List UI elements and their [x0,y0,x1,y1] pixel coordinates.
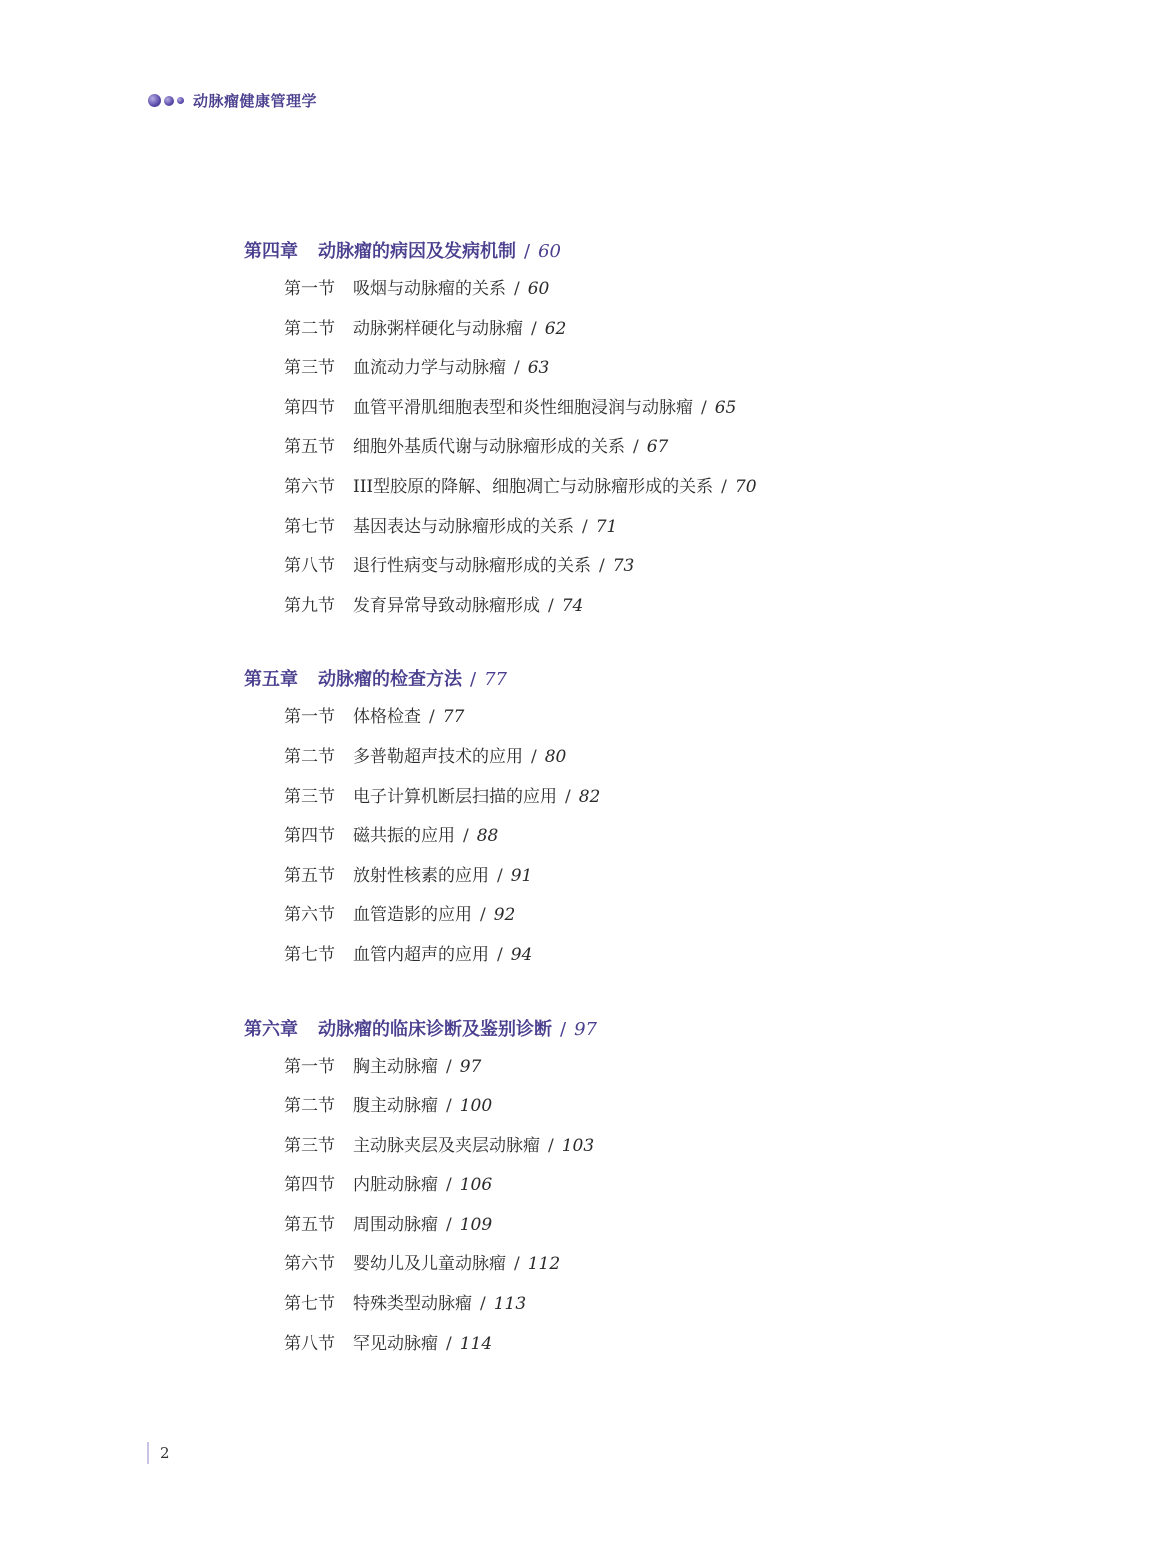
toc-entry[interactable]: 第五节细胞外基质代谢与动脉瘤形成的关系/67 [244,428,1064,468]
section-page: 109 [460,1215,492,1235]
separator: / [721,477,727,497]
separator: / [531,319,537,339]
chapter-heading[interactable]: 第四章动脉瘤的病因及发病机制/60 [244,234,1064,270]
chapter-page: 97 [574,1019,597,1040]
section-title: 电子计算机断层扫描的应用 [353,787,557,807]
separator: / [514,1254,520,1274]
separator: / [429,707,435,727]
toc-entry[interactable]: 第九节发育异常导致动脉瘤形成/74 [244,587,1064,627]
section-number: 第五节 [284,437,335,457]
separator: / [633,437,639,457]
separator: / [463,826,469,846]
section-title: 内脏动脉瘤 [353,1175,438,1195]
section-number: 第七节 [284,945,335,965]
separator: / [514,279,520,299]
toc-entry[interactable]: 第一节胸主动脉瘤/97 [244,1048,1064,1088]
section-page: 73 [613,556,635,576]
section-number: 第三节 [284,358,335,378]
separator: / [514,358,520,378]
toc-entry[interactable]: 第三节血流动力学与动脉瘤/63 [244,349,1064,389]
section-page: 62 [545,319,567,339]
section-number: 第三节 [284,787,335,807]
separator: / [446,1215,452,1235]
section-page: 63 [528,358,550,378]
section-title: 细胞外基质代谢与动脉瘤形成的关系 [353,437,625,457]
toc-entry[interactable]: 第七节特殊类型动脉瘤/113 [244,1285,1064,1325]
section-page: 106 [460,1175,492,1195]
section-page: 60 [528,279,550,299]
toc-entry[interactable]: 第七节血管内超声的应用/94 [244,936,1064,976]
table-of-contents: 第四章动脉瘤的病因及发病机制/60 第一节吸烟与动脉瘤的关系/60 第二节动脉粥… [244,234,1064,1400]
chapter-page: 60 [538,241,561,262]
section-number: 第三节 [284,1136,335,1156]
section-page: 103 [562,1136,594,1156]
chapter-number: 第四章 [244,241,298,262]
toc-entry[interactable]: 第六节III型胶原的降解、细胞凋亡与动脉瘤形成的关系/70 [244,468,1064,508]
chapter-number: 第五章 [244,669,298,690]
section-page: 94 [511,945,533,965]
chapter-5: 第五章动脉瘤的检查方法/77 第一节体格检查/77 第二节多普勒超声技术的应用/… [244,662,1064,975]
toc-entry[interactable]: 第八节罕见动脉瘤/114 [244,1325,1064,1365]
section-title: 动脉粥样硬化与动脉瘤 [353,319,523,339]
section-title: 特殊类型动脉瘤 [353,1294,472,1314]
toc-entry[interactable]: 第四节内脏动脉瘤/106 [244,1166,1064,1206]
dot-large-icon [148,94,161,107]
chapter-number: 第六章 [244,1019,298,1040]
dot-small-icon [177,97,184,104]
section-title: 血管平滑肌细胞表型和炎性细胞浸润与动脉瘤 [353,398,693,418]
section-number: 第二节 [284,747,335,767]
section-page: 65 [715,398,737,418]
section-title: III型胶原的降解、细胞凋亡与动脉瘤形成的关系 [353,477,713,497]
separator: / [582,517,588,537]
separator: / [548,1136,554,1156]
section-page: 82 [579,787,601,807]
section-title: 血流动力学与动脉瘤 [353,358,506,378]
chapter-title: 动脉瘤的检查方法 [318,669,462,690]
chapter-heading[interactable]: 第五章动脉瘤的检查方法/77 [244,662,1064,698]
section-number: 第五节 [284,866,335,886]
section-title: 放射性核素的应用 [353,866,489,886]
section-number: 第八节 [284,1334,335,1354]
section-title: 血管造影的应用 [353,905,472,925]
section-page: 71 [596,517,618,537]
section-page: 74 [562,596,584,616]
section-number: 第二节 [284,319,335,339]
toc-entry[interactable]: 第四节磁共振的应用/88 [244,817,1064,857]
separator: / [470,669,476,690]
section-page: 88 [477,826,499,846]
three-dots-icon [148,94,187,107]
section-title: 退行性病变与动脉瘤形成的关系 [353,556,591,576]
chapter-4: 第四章动脉瘤的病因及发病机制/60 第一节吸烟与动脉瘤的关系/60 第二节动脉粥… [244,234,1064,626]
separator: / [565,787,571,807]
section-title: 血管内超声的应用 [353,945,489,965]
section-number: 第六节 [284,905,335,925]
separator: / [531,747,537,767]
section-number: 第一节 [284,707,335,727]
toc-entry[interactable]: 第六节血管造影的应用/92 [244,896,1064,936]
toc-entry[interactable]: 第五节放射性核素的应用/91 [244,857,1064,897]
separator: / [480,1294,486,1314]
toc-entry[interactable]: 第二节动脉粥样硬化与动脉瘤/62 [244,310,1064,350]
section-title: 体格检查 [353,707,421,727]
section-page: 114 [460,1334,492,1354]
separator: / [599,556,605,576]
section-title: 发育异常导致动脉瘤形成 [353,596,540,616]
section-title: 基因表达与动脉瘤形成的关系 [353,517,574,537]
section-page: 112 [528,1254,560,1274]
section-number: 第四节 [284,398,335,418]
chapter-page: 77 [484,669,507,690]
section-page: 67 [647,437,669,457]
section-title: 婴幼儿及儿童动脉瘤 [353,1254,506,1274]
separator: / [446,1334,452,1354]
separator: / [480,905,486,925]
separator: / [446,1175,452,1195]
toc-entry[interactable]: 第八节退行性病变与动脉瘤形成的关系/73 [244,547,1064,587]
section-page: 97 [460,1057,482,1077]
section-title: 周围动脉瘤 [353,1215,438,1235]
section-page: 70 [735,477,757,497]
section-title: 胸主动脉瘤 [353,1057,438,1077]
separator: / [524,241,530,262]
book-title: 动脉瘤健康管理学 [193,90,317,111]
chapter-heading[interactable]: 第六章动脉瘤的临床诊断及鉴别诊断/97 [244,1012,1064,1048]
separator: / [446,1057,452,1077]
section-number: 第七节 [284,1294,335,1314]
section-title: 腹主动脉瘤 [353,1096,438,1116]
section-page: 92 [494,905,516,925]
section-number: 第一节 [284,279,335,299]
section-title: 磁共振的应用 [353,826,455,846]
toc-entry[interactable]: 第三节主动脉夹层及夹层动脉瘤/103 [244,1127,1064,1167]
section-title: 多普勒超声技术的应用 [353,747,523,767]
separator: / [497,866,503,886]
section-page: 77 [443,707,465,727]
section-title: 主动脉夹层及夹层动脉瘤 [353,1136,540,1156]
chapter-6: 第六章动脉瘤的临床诊断及鉴别诊断/97 第一节胸主动脉瘤/97 第二节腹主动脉瘤… [244,1012,1064,1365]
section-number: 第八节 [284,556,335,576]
toc-entry[interactable]: 第三节电子计算机断层扫描的应用/82 [244,778,1064,818]
footer-rule [147,1442,149,1464]
toc-entry[interactable]: 第四节血管平滑肌细胞表型和炎性细胞浸润与动脉瘤/65 [244,389,1064,429]
section-number: 第五节 [284,1215,335,1235]
toc-entry[interactable]: 第六节婴幼儿及儿童动脉瘤/112 [244,1245,1064,1285]
section-number: 第四节 [284,1175,335,1195]
toc-entry[interactable]: 第二节多普勒超声技术的应用/80 [244,738,1064,778]
section-number: 第四节 [284,826,335,846]
section-number: 第九节 [284,596,335,616]
toc-entry[interactable]: 第七节基因表达与动脉瘤形成的关系/71 [244,508,1064,548]
section-number: 第二节 [284,1096,335,1116]
section-page: 80 [545,747,567,767]
section-page: 91 [511,866,533,886]
toc-entry[interactable]: 第一节体格检查/77 [244,698,1064,738]
dot-medium-icon [164,96,174,106]
page-number: 2 [160,1444,170,1462]
toc-entry[interactable]: 第二节腹主动脉瘤/100 [244,1087,1064,1127]
separator: / [701,398,707,418]
toc-entry[interactable]: 第五节周围动脉瘤/109 [244,1206,1064,1246]
toc-entry[interactable]: 第一节吸烟与动脉瘤的关系/60 [244,270,1064,310]
running-header: 动脉瘤健康管理学 [148,90,317,111]
section-number: 第六节 [284,477,335,497]
section-number: 第一节 [284,1057,335,1077]
section-number: 第七节 [284,517,335,537]
separator: / [548,596,554,616]
section-page: 113 [494,1294,526,1314]
section-number: 第六节 [284,1254,335,1274]
section-title: 罕见动脉瘤 [353,1334,438,1354]
separator: / [497,945,503,965]
separator: / [446,1096,452,1116]
separator: / [560,1019,566,1040]
section-page: 100 [460,1096,492,1116]
section-title: 吸烟与动脉瘤的关系 [353,279,506,299]
chapter-title: 动脉瘤的临床诊断及鉴别诊断 [318,1019,552,1040]
page-footer: 2 [147,1442,170,1464]
chapter-title: 动脉瘤的病因及发病机制 [318,241,516,262]
